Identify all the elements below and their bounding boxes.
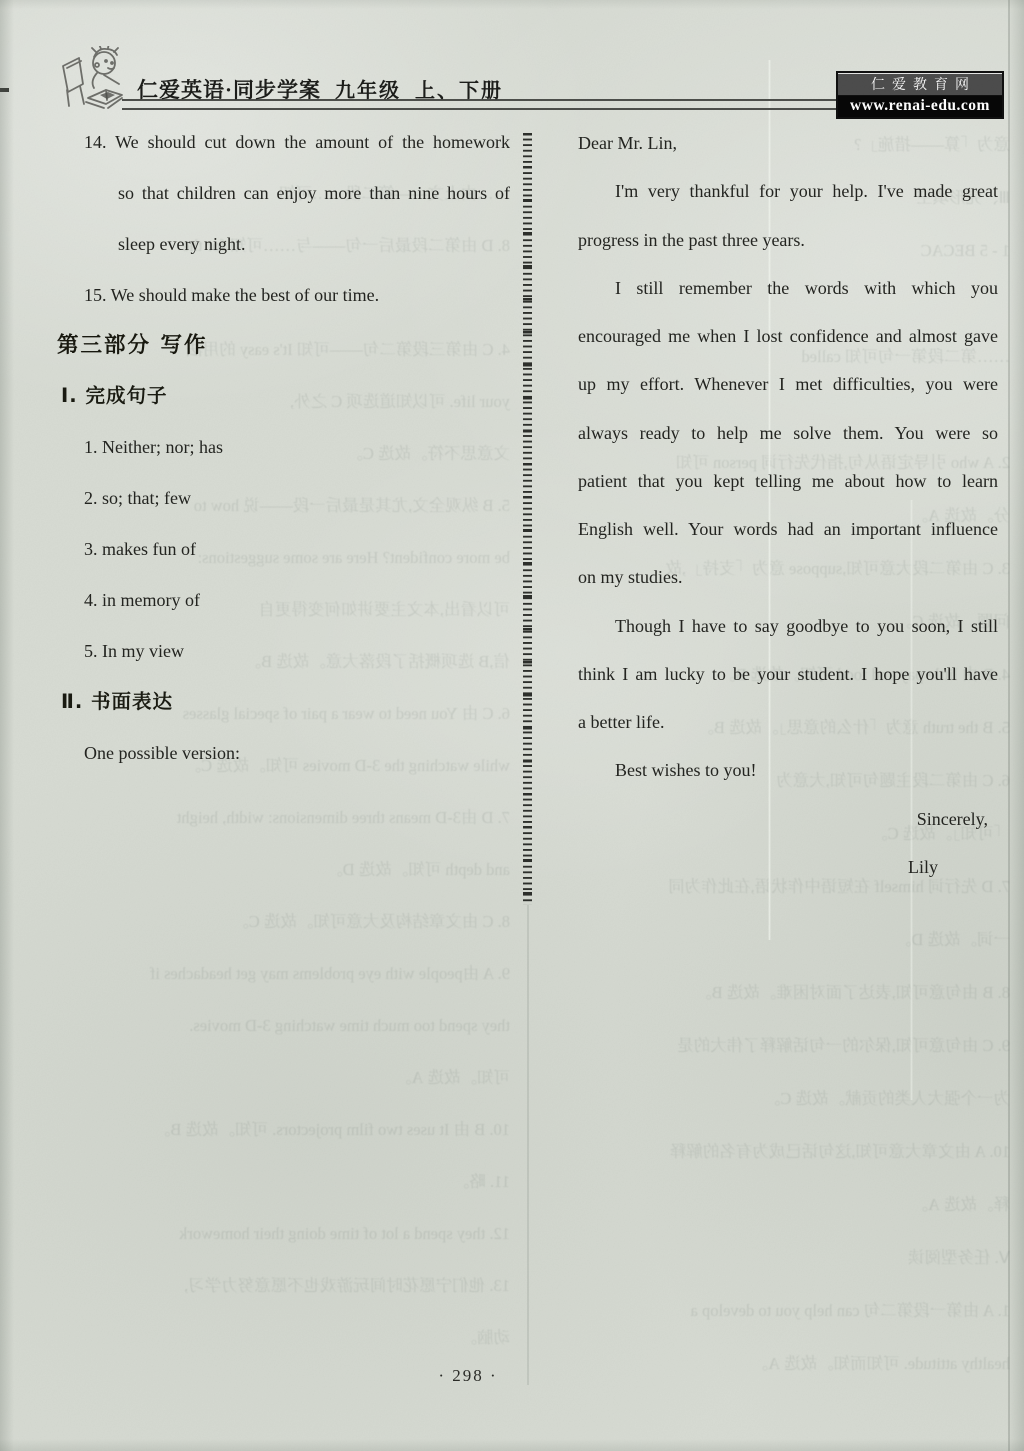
book-title: 仁爱英语·同步学案九年级上、下册: [137, 74, 503, 104]
answer-line: 1. Neither; nor; has: [57, 422, 510, 473]
dashed-cut-line: [523, 133, 532, 905]
ghost-line: 9. A 由people with eye problems may get h…: [40, 948, 510, 1000]
page-edge-shadow: [1008, 0, 1010, 1451]
ghost-line: 13. 他们宁愿花时间玩游戏也不愿意努力学习,: [40, 1260, 510, 1312]
answer-line: so that children can enjoy more than nin…: [57, 168, 510, 219]
letter-line: encouraged me when I lost confidence and…: [578, 312, 998, 360]
ghost-line: 10. B 由 It uses two film projectors. 可知。…: [40, 1104, 510, 1156]
ghost-line: 12. they spend a lot of time doing their…: [40, 1208, 510, 1260]
ghost-line: 可知。故选 A。: [40, 1052, 510, 1104]
letter-line: progress in the past three years.: [578, 216, 998, 264]
ghost-line: 为一个强大人类的贡献。故选 C。: [548, 1072, 1010, 1125]
letter-line: patient that you kept telling me about h…: [578, 457, 998, 505]
ghost-line: 8. C 由文章结构及大意可知。故选 C。: [40, 896, 510, 948]
answer-line: Ⅰ. 完成句子: [57, 371, 510, 422]
letter-line: English well. Your words had an importan…: [578, 505, 998, 553]
volume-label: 上、下册: [415, 78, 503, 102]
letter-line: Lily: [578, 843, 998, 891]
ghost-line: 释。故选 A。: [548, 1178, 1010, 1231]
letter-line: Best wishes to you!: [578, 746, 998, 794]
answer-line: 5. In my view: [57, 626, 510, 677]
answer-line: 3. makes fun of: [57, 524, 510, 575]
ghost-line: 9. C 由句意可知,保尔的一句话解释了伟大的是: [548, 1019, 1010, 1072]
publisher-site-box: 仁爱教育网 www.renai-edu.com: [836, 71, 1004, 119]
letter-line: I still remember the words with which yo…: [578, 264, 998, 312]
ghost-line: they spend too much time watching 3-D mo…: [40, 1000, 510, 1052]
scanned-workbook-page: ……由上文——第二段……可知8. D 由第二段最后一句——与……可知 for t…: [0, 0, 1024, 1451]
letter-line: Sincerely,: [578, 795, 998, 843]
answers-column: 14. We should cut down the amount of the…: [57, 117, 510, 779]
ghost-line: 1. A 由第一段第二句 can help you to develop a: [548, 1284, 1010, 1337]
answer-line: Ⅱ. 书面表达: [57, 677, 510, 728]
answer-line: One possible version:: [57, 728, 510, 779]
site-name: 仁爱教育网: [838, 73, 1002, 96]
letter-line: I'm very thankful for your help. I've ma…: [578, 167, 998, 215]
grade-label: 九年级: [335, 78, 401, 102]
site-url: www.renai-edu.com: [838, 96, 1002, 117]
letter-line: on my studies.: [578, 553, 998, 601]
answer-line: 第三部分 写作: [57, 321, 510, 372]
fold-line: [527, 905, 529, 1385]
letter-line: always ready to help me solve them. You …: [578, 409, 998, 457]
ghost-line: 8. B 由句意可知,表达了面对困难。故选 B。: [548, 966, 1010, 1019]
letter-line: Dear Mr. Lin,: [578, 119, 998, 167]
letter-line: think I am lucky to be your student. I h…: [578, 650, 998, 698]
ghost-line: 动脑。: [40, 1312, 510, 1364]
letter-column: Dear Mr. Lin,I'm very thankful for your …: [578, 119, 998, 891]
letter-line: up my effort. Whenever I met difficultie…: [578, 360, 998, 408]
ghost-line: Ⅴ. 任务型阅读: [548, 1231, 1010, 1284]
edge-mark: [0, 88, 9, 92]
answer-line: sleep every night.: [57, 219, 510, 270]
letter-line: Though I have to say goodbye to you soon…: [578, 602, 998, 650]
answer-line: 15. We should make the best of our time.: [57, 270, 510, 321]
ghost-line: 一词。故选 D。: [548, 913, 1010, 966]
ghost-line: 11. 略。: [40, 1156, 510, 1208]
answer-line: 4. in memory of: [57, 575, 510, 626]
letter-line: a better life.: [578, 698, 998, 746]
ghost-line: and depth 可知。故选 D。: [40, 844, 510, 896]
answer-line: 14. We should cut down the amount of the…: [57, 117, 510, 168]
page-number: · 298 ·: [0, 1366, 936, 1386]
book-title-text: 仁爱英语·同步学案: [137, 78, 321, 102]
mascot-icon: [56, 46, 148, 112]
ghost-line: 10. A 由文章大意可知,这句话已成为有名的解释: [548, 1125, 1010, 1178]
ghost-line: 7. D 由3-D means three dimensions: width,…: [40, 792, 510, 844]
answer-line: 2. so; that; few: [57, 473, 510, 524]
